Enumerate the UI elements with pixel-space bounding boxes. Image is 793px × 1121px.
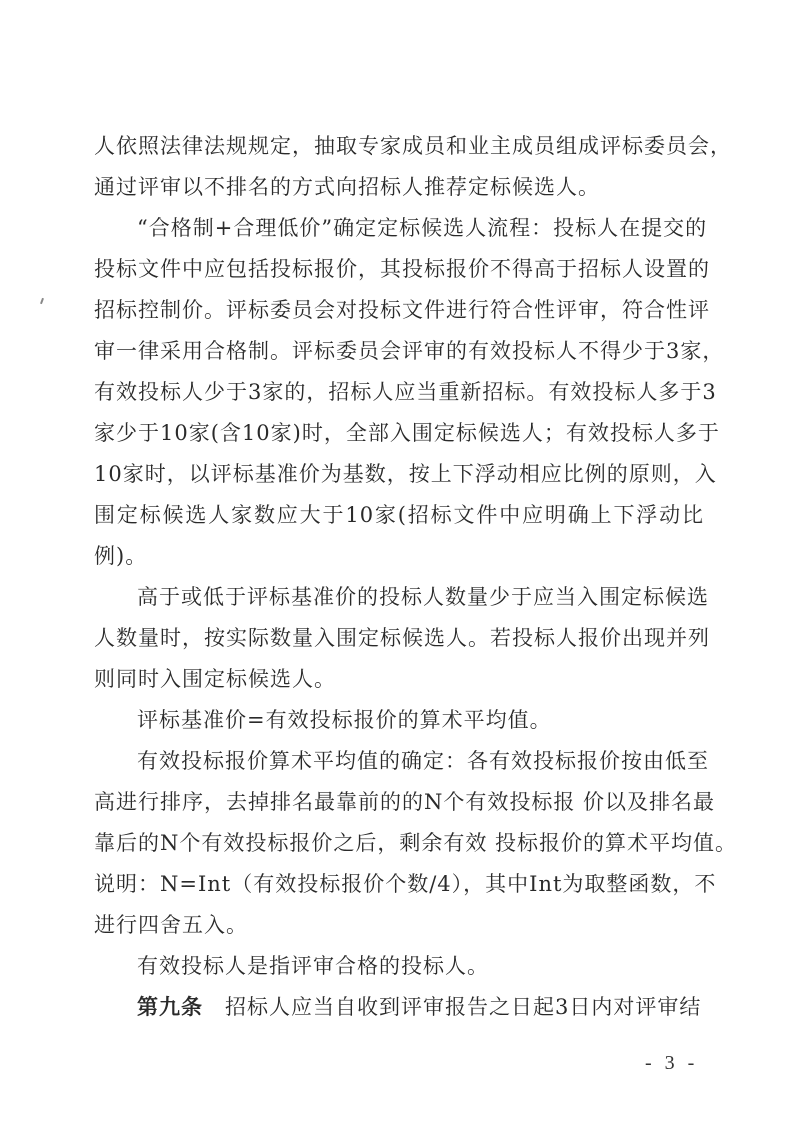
text-line: 进行四舍五入。 bbox=[94, 910, 704, 940]
text-line: 靠后的N个有效投标报价之后，剩余有效 投标报价的算术平均值。 bbox=[94, 828, 704, 858]
text-line: 高于或低于评标基准价的投标人数量少于应当入围定标候选 bbox=[137, 582, 704, 612]
text-line: 有效投标人是指评审合格的投标人。 bbox=[137, 951, 704, 981]
text-line: 审一律采用合格制。评标委员会评审的有效投标人不得少于3家， bbox=[94, 336, 704, 366]
text-line: 评标基准价=有效投标报价的算术平均值。 bbox=[137, 705, 704, 735]
text-line: 说明：N=Int（有效投标报价个数/4），其中Int为取整函数，不 bbox=[94, 869, 704, 899]
text-line: 围定标候选人家数应大于10家(招标文件中应明确上下浮动比 bbox=[94, 500, 704, 530]
text-line: “合格制+合理低价”确定定标候选人流程：投标人在提交的 bbox=[137, 213, 704, 243]
document-page: 人依照法律法规规定，抽取专家成员和业主成员组成评标委员会， 通过评审以不排名的方… bbox=[0, 0, 793, 1121]
text-line: 招标控制价。评标委员会对投标文件进行符合性评审，符合性评 bbox=[94, 295, 704, 325]
text-line: 则同时入围定标候选人。 bbox=[94, 664, 704, 694]
article-title: 第九条 bbox=[137, 995, 203, 1019]
text-line: 人数量时，按实际数量入围定标候选人。若投标人报价出现并列 bbox=[94, 623, 704, 653]
text-line: 高进行排序，去掉排名最靠前的的N个有效投标报 价以及排名最 bbox=[94, 787, 704, 817]
text-line: 投标文件中应包括投标报价，其投标报价不得高于招标人设置的 bbox=[94, 254, 704, 284]
text-line: 通过评审以不排名的方式向招标人推荐定标候选人。 bbox=[94, 172, 704, 202]
page-number: - 3 - bbox=[645, 1052, 698, 1075]
scan-speck bbox=[40, 298, 44, 304]
text-line: 家少于10家(含10家)时，全部入围定标候选人；有效投标人多于 bbox=[94, 418, 704, 448]
text-line: 有效投标人少于3家的，招标人应当重新招标。有效投标人多于3 bbox=[94, 377, 704, 407]
article-text: 招标人应当自收到评审报告之日起3日内对评审结 bbox=[225, 995, 701, 1019]
text-line: 有效投标报价算术平均值的确定：各有效投标报价按由低至 bbox=[137, 746, 704, 776]
article-line: 第九条招标人应当自收到评审报告之日起3日内对评审结 bbox=[137, 992, 704, 1022]
text-line: 人依照法律法规规定，抽取专家成员和业主成员组成评标委员会， bbox=[94, 131, 704, 161]
text-line: 例)。 bbox=[94, 541, 704, 571]
text-line: 10家时，以评标基准价为基数，按上下浮动相应比例的原则，入 bbox=[94, 459, 704, 489]
